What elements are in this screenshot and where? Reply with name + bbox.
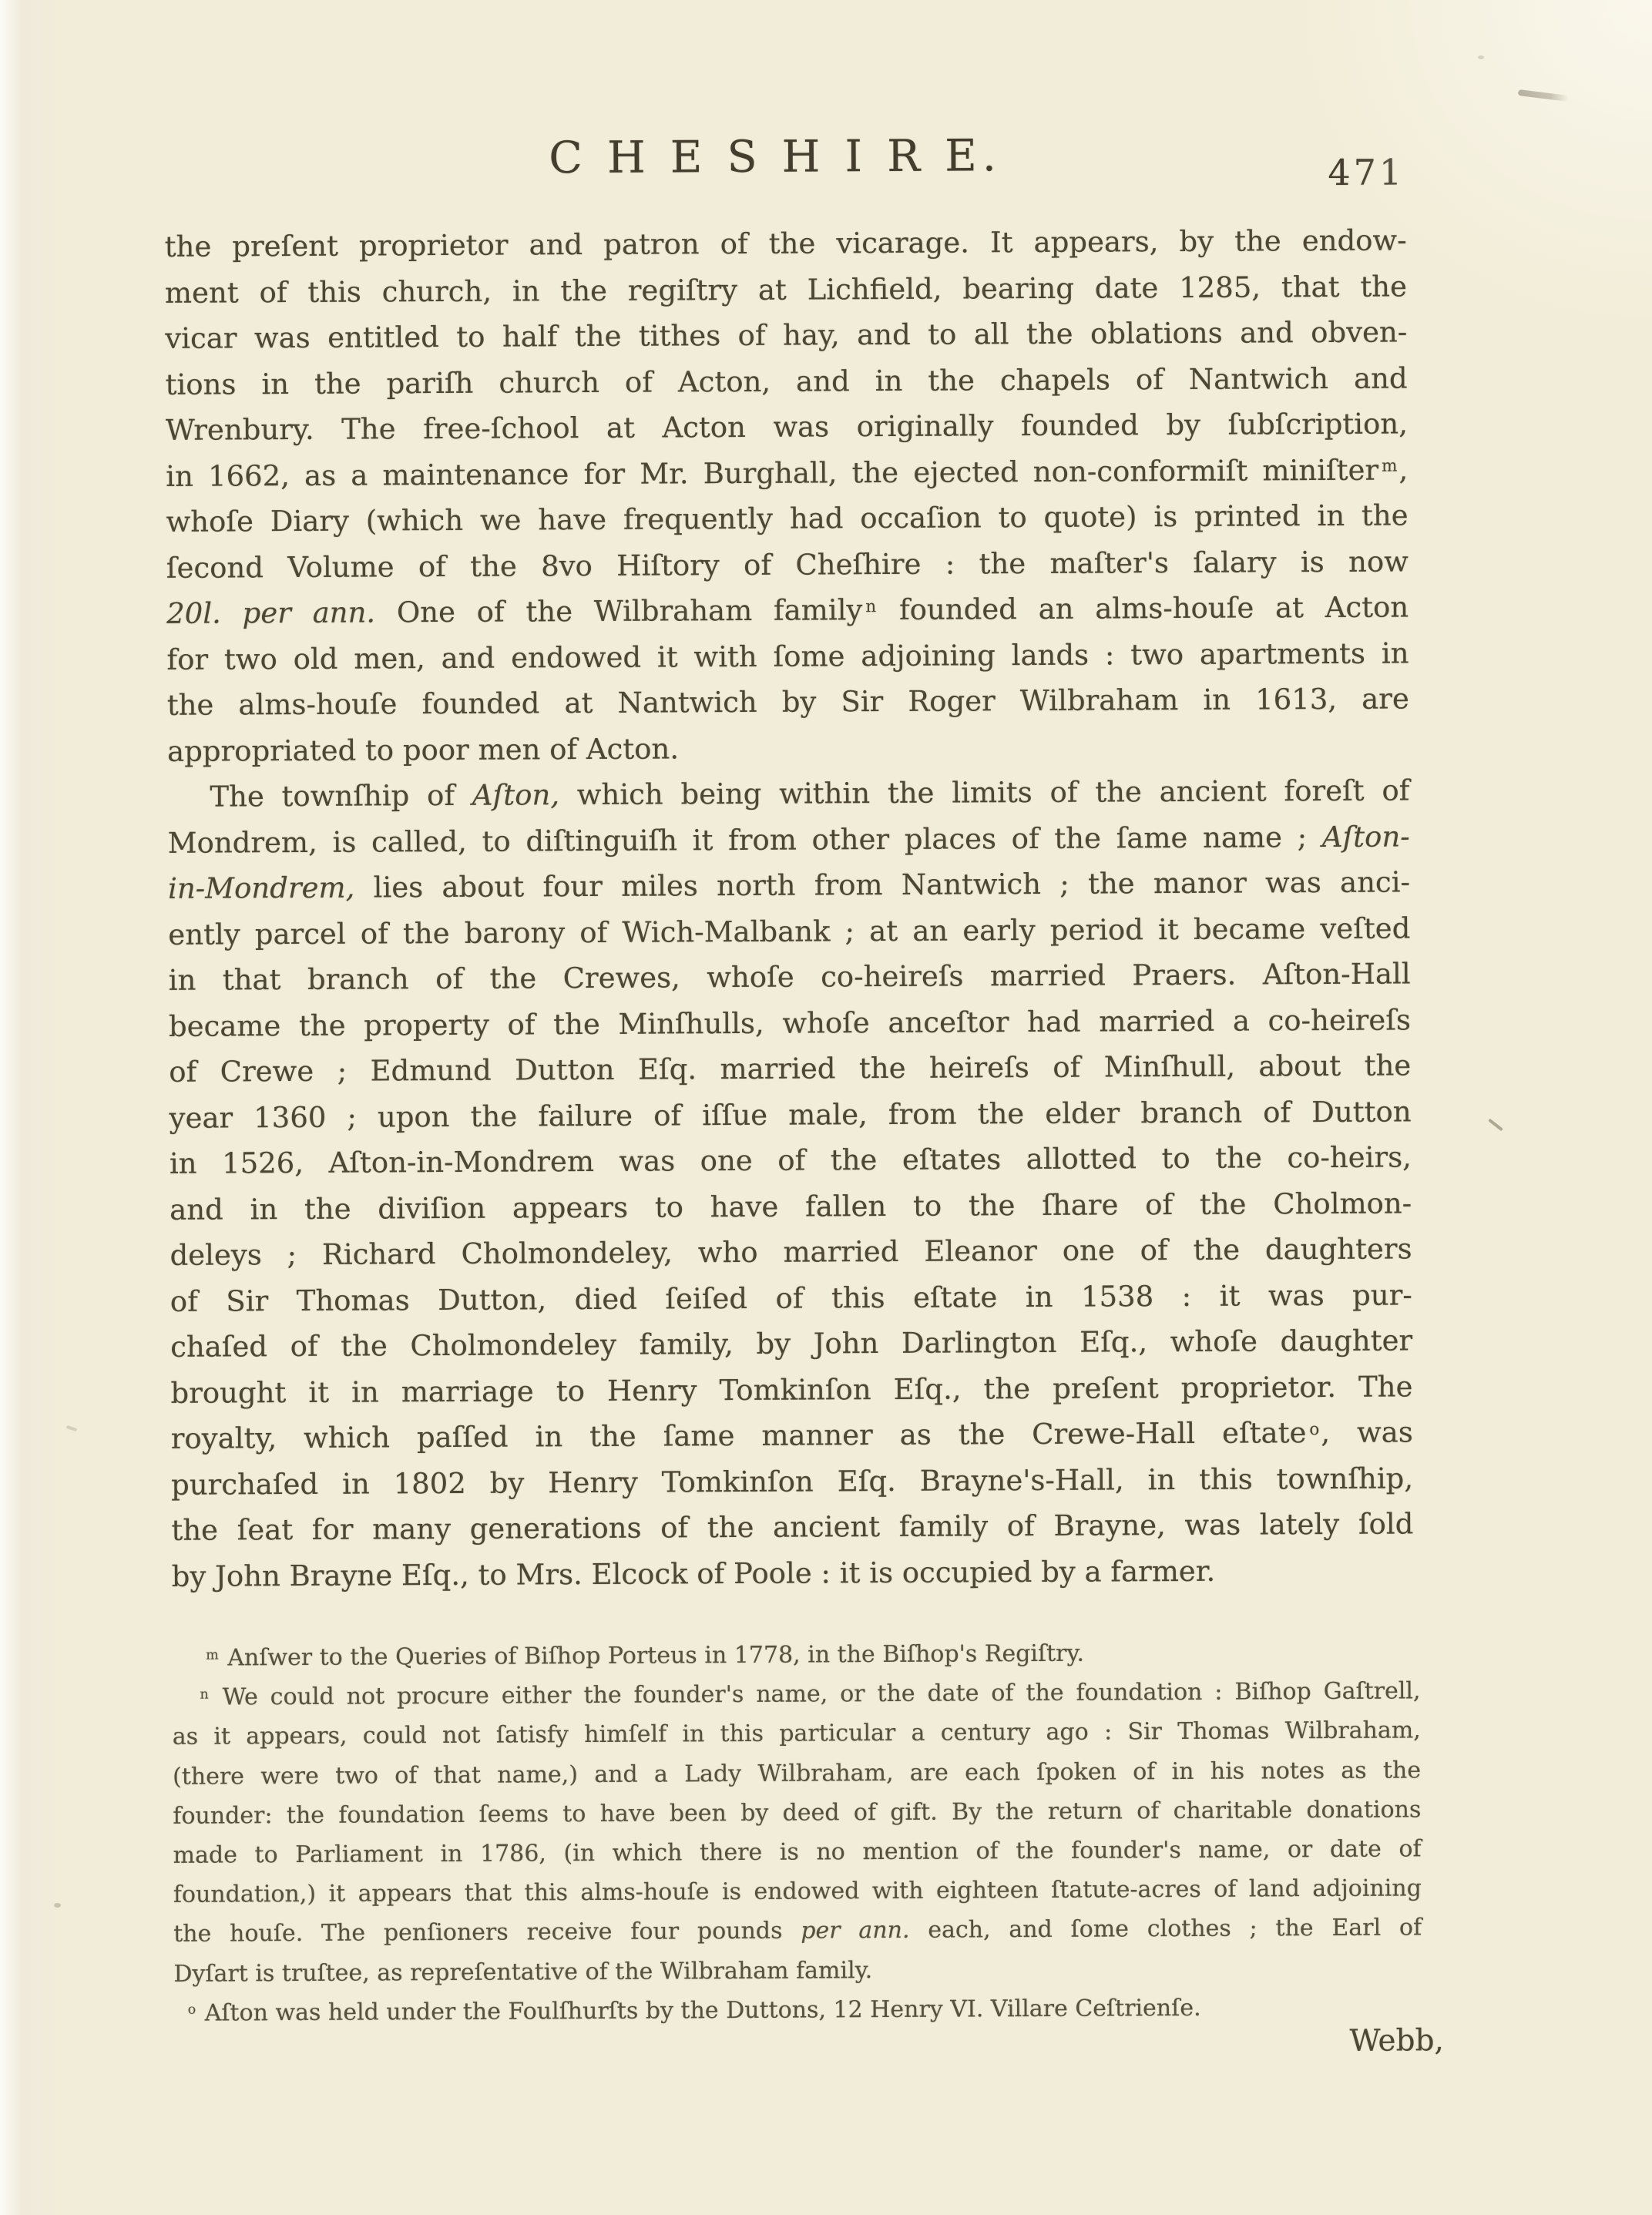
text-run: made to Parliament in 1786, (in which th…	[173, 1835, 1422, 1868]
ink-speck	[1478, 55, 1484, 59]
text-line: n We could not procure either the founde…	[172, 1672, 1420, 1718]
text-run: in-Mondrem,	[168, 871, 355, 905]
text-run: Anſwer to the Queries of Biſhop Porteus …	[220, 1640, 1084, 1672]
text-run: and in the diviſion appears to have fall…	[170, 1186, 1412, 1226]
text-run: One of the Wilbraham family	[375, 593, 863, 629]
body-text: the preſent proprietor and patron of the…	[165, 217, 1414, 1599]
text-run: each, and ſome clothes ; the Earl of	[909, 1915, 1422, 1944]
text-run: in that branch of the Crewes, whoſe co-h…	[169, 957, 1411, 996]
text-run: in 1662, as a maintenance for Mr. Burgha…	[166, 453, 1378, 492]
text-line: the alms-houſe founded at Nantwich by Si…	[167, 676, 1409, 728]
text-line: for two old men, and endowed it with ſom…	[166, 630, 1409, 683]
text-line: became the property of the Minſhulls, wh…	[169, 997, 1411, 1049]
text-run: as it appears, could not ſatisfy himſelf…	[173, 1717, 1421, 1750]
text-run: Mondrem, is called, to diſtinguiſh it fr…	[168, 821, 1322, 860]
text-run: in 1526, Aſton-in-Mondrem was one of the…	[170, 1140, 1412, 1180]
footnote-marker: o	[188, 2002, 196, 2018]
text-run: which being within the limits of the anc…	[559, 774, 1410, 811]
text-run: purchaſed in 1802 by Henry Tomkinſon Eſq…	[171, 1462, 1413, 1501]
text-run: (there were two of that name,) and a Lad…	[173, 1757, 1421, 1790]
text-line: brought it in marriage to Henry Tomkinſo…	[170, 1364, 1412, 1416]
book-page: C H E S H I R E. 471 the preſent proprie…	[0, 0, 1652, 2215]
text-run: Aſton was held under the Foulſhurſts by …	[197, 1995, 1201, 2027]
text-line: in that branch of the Crewes, whoſe co-h…	[169, 951, 1411, 1003]
text-run: per ann.	[801, 1917, 909, 1945]
text-line: of Crewe ; Edmund Dutton Eſq. married th…	[169, 1042, 1411, 1095]
text-line: 20l. per ann. One of the Wilbraham famil…	[166, 584, 1409, 636]
catchword: Webb,	[174, 2023, 1444, 2065]
text-run: deleys ; Richard Cholmondeley, who marri…	[170, 1232, 1412, 1271]
text-line: appropriated to poor men of Acton.	[167, 722, 1409, 774]
footnote-marker: m	[1382, 457, 1397, 476]
text-line: ently parcel of the barony of Wich-Malba…	[168, 905, 1410, 958]
text-run: , was	[1321, 1415, 1413, 1449]
text-line: the houſe. The penſioners receive four p…	[173, 1908, 1422, 1955]
text-line: as it appears, could not ſatisfy himſelf…	[173, 1711, 1421, 1757]
text-run: of Sir Thomas Dutton, died ſeiſed of thi…	[170, 1278, 1412, 1317]
text-run: by John Brayne Eſq., to Mrs. Elcock of P…	[172, 1554, 1216, 1592]
text-run: We could not procure either the founder'…	[210, 1678, 1421, 1711]
text-line: foundation,) it appears that this alms-h…	[173, 1868, 1422, 1915]
text-run: founder: the foundation ſeems to have be…	[173, 1796, 1421, 1829]
text-line: m Anſwer to the Queries of Biſhop Porteu…	[172, 1632, 1420, 1678]
text-line: The townſhip of Aſton, which being withi…	[167, 767, 1409, 820]
text-run: brought it in marriage to Henry Tomkinſo…	[170, 1370, 1412, 1409]
text-run: foundation,) it appears that this alms-h…	[173, 1874, 1422, 1908]
footnote-marker: o	[1309, 1420, 1319, 1439]
text-run: vicar was entitled to half the tithes of…	[165, 315, 1407, 354]
text-run: chaſed of the Cholmondeley family, by Jo…	[170, 1324, 1412, 1363]
text-line: tions in the pariſh church of Acton, and…	[165, 355, 1407, 408]
text-run: ,	[1398, 453, 1408, 486]
text-run: The townſhip of	[210, 779, 472, 814]
text-run: ently parcel of the barony of Wich-Malba…	[168, 911, 1410, 951]
text-line: made to Parliament in 1786, (in which th…	[173, 1829, 1421, 1875]
text-run: year 1360 ; upon the failure of iſſue ma…	[169, 1095, 1411, 1134]
text-run: the houſe. The penſioners receive four p…	[173, 1918, 801, 1948]
text-line: Dyſart is truſtee, as repreſentative of …	[173, 1948, 1422, 1994]
text-run: became the property of the Minſhulls, wh…	[169, 1003, 1411, 1042]
footnote-marker: n	[200, 1686, 208, 1702]
text-line: Mondrem, is called, to diſtinguiſh it fr…	[168, 814, 1410, 866]
page-content: C H E S H I R E. 471 the preſent proprie…	[0, 0, 1652, 2215]
text-line: whoſe Diary (which we have frequently ha…	[166, 492, 1408, 545]
text-line: (there were two of that name,) and a Lad…	[173, 1750, 1421, 1797]
text-run: of Crewe ; Edmund Dutton Eſq. married th…	[169, 1049, 1411, 1088]
text-line: founder: the foundation ſeems to have be…	[173, 1790, 1421, 1836]
text-line: year 1360 ; upon the failure of iſſue ma…	[169, 1089, 1411, 1141]
text-line: and in the diviſion appears to have fall…	[170, 1180, 1412, 1233]
text-run: the alms-houſe founded at Nantwich by Si…	[167, 682, 1409, 721]
footnote-marker: m	[206, 1647, 219, 1663]
text-line: in-Mondrem, lies about four miles north …	[168, 859, 1410, 911]
text-run: ſecond Volume of the 8vo Hiſtory of Cheſ…	[166, 545, 1409, 584]
text-line: by John Brayne Eſq., to Mrs. Elcock of P…	[172, 1547, 1414, 1599]
text-line: in 1526, Aſton-in-Mondrem was one of the…	[170, 1134, 1412, 1186]
text-line: vicar was entitled to half the tithes of…	[165, 309, 1407, 361]
text-run: Dyſart is truſtee, as repreſentative of …	[173, 1957, 872, 1988]
ink-smudge	[1518, 89, 1569, 102]
text-run: ment of this church, in the regiſtry at …	[165, 270, 1407, 309]
text-run: the preſent proprietor and patron of the…	[165, 223, 1407, 263]
text-line: the ſeat for many generations of the anc…	[171, 1501, 1413, 1553]
text-run: for two old men, and endowed it with ſom…	[166, 636, 1409, 676]
text-run: appropriated to poor men of Acton.	[167, 732, 679, 767]
text-run: whoſe Diary (which we have frequently ha…	[166, 498, 1408, 538]
text-line: purchaſed in 1802 by Henry Tomkinſon Eſq…	[171, 1455, 1413, 1508]
text-run: Aſton-	[1322, 820, 1410, 854]
text-line: deleys ; Richard Cholmondeley, who marri…	[170, 1226, 1412, 1278]
text-line: Wrenbury. The free-ſchool at Acton was o…	[166, 401, 1408, 453]
text-line: chaſed of the Cholmondeley family, by Jo…	[170, 1317, 1412, 1370]
text-run: lies about four miles north from Nantwic…	[354, 865, 1410, 904]
text-run: the ſeat for many generations of the anc…	[171, 1507, 1413, 1546]
text-line: the preſent proprietor and patron of the…	[165, 217, 1407, 270]
text-run: founded an alms-houſe at Acton	[878, 590, 1409, 626]
text-run: tions in the pariſh church of Acton, and…	[166, 361, 1408, 401]
footnote-marker: n	[865, 597, 876, 616]
text-line: of Sir Thomas Dutton, died ſeiſed of thi…	[170, 1272, 1412, 1324]
page-number: 471	[163, 151, 1405, 199]
text-run: royalty, which paſſed in the ſame manner…	[171, 1416, 1307, 1455]
footnotes: m Anſwer to the Queries of Biſhop Porteu…	[172, 1632, 1422, 2032]
text-line: royalty, which paſſed in the ſame manner…	[171, 1409, 1413, 1462]
text-line: ment of this church, in the regiſtry at …	[165, 263, 1407, 316]
text-run: Wrenbury. The free-ſchool at Acton was o…	[166, 407, 1408, 446]
text-run: 20l. per ann.	[166, 596, 375, 629]
text-line: in 1662, as a maintenance for Mr. Burgha…	[166, 447, 1408, 499]
text-line: ſecond Volume of the 8vo Hiſtory of Cheſ…	[166, 539, 1409, 591]
text-run: Aſton,	[472, 778, 559, 812]
